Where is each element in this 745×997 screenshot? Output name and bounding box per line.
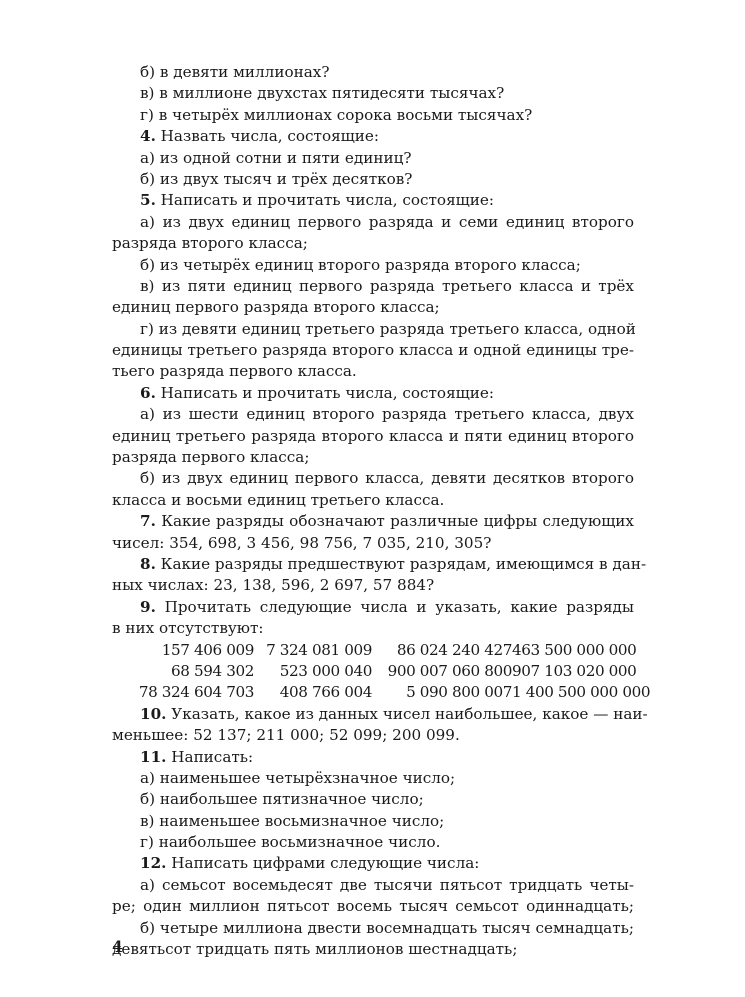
page-number: 4 — [112, 937, 123, 956]
number-cell: 5 090 800 007 — [372, 682, 512, 703]
exercise-number: 11. — [140, 748, 166, 766]
text-line: г) наибольшее восьмизначное число. — [112, 832, 634, 853]
exercise-heading: 9. Прочитать следующие числа и указать, … — [112, 597, 634, 618]
text-line: а) из шести единиц второго разряда треть… — [112, 404, 634, 425]
number-cell: 900 007 060 800 — [372, 661, 512, 682]
number-cell: 7 324 081 009 — [254, 640, 372, 661]
text-line: а) наименьшее четырёхзначное число; — [112, 768, 634, 789]
number-cell: 463 500 000 000 — [512, 640, 634, 661]
text-line: а) семьсот восемьдесят две тысячи пятьсо… — [112, 875, 634, 896]
text-line: а) из одной сотни и пяти единиц? — [112, 148, 634, 169]
text-line: разряда первого класса; — [112, 447, 634, 468]
text-line: а) из двух единиц первого разряда и семи… — [112, 212, 634, 233]
number-cell: 86 024 240 427 — [372, 640, 512, 661]
exercise-title: Какие разряды предшествуют разрядам, име… — [156, 555, 646, 573]
exercise-title: Прочитать следующие числа и указать, как… — [156, 598, 634, 616]
text-line: единицы третьего разряда второго класса … — [112, 340, 634, 361]
text-line: б) четыре миллиона двести восемнадцать т… — [112, 918, 634, 939]
exercise-5: 5. Написать и прочитать числа, состоящие… — [112, 190, 634, 383]
exercise-title: Указать, какое из данных чисел наибольше… — [166, 705, 647, 723]
exercise-heading: 7. Какие разряды обозначают различные ци… — [112, 511, 634, 532]
number-cell: 408 766 004 — [254, 682, 372, 703]
textbook-page: б) в девяти миллионах? в) в миллионе дву… — [0, 0, 745, 997]
text-line: единиц третьего разряда второго класса и… — [112, 426, 634, 447]
text-line: б) в девяти миллионах? — [112, 62, 634, 83]
text-line: б) из двух тысяч и трёх десятков? — [112, 169, 634, 190]
text-line: единиц первого разряда второго класса; — [112, 297, 634, 318]
exercise-number: 12. — [140, 854, 166, 872]
number-cell: 78 324 604 703 — [112, 682, 254, 703]
number-cell: 523 000 040 — [254, 661, 372, 682]
text-line: девятьсот тридцать пять миллионов шестна… — [112, 939, 634, 960]
exercise-title: Какие разряды обозначают различные цифры… — [156, 512, 634, 530]
text-line: б) из четырёх единиц второго разряда вто… — [112, 255, 634, 276]
exercise-title: Написать и прочитать числа, состоящие: — [156, 384, 494, 402]
exercise-number: 9. — [140, 598, 156, 616]
text-line: тьего разряда первого класса. — [112, 361, 634, 382]
exercise-title: Назвать числа, состоящие: — [156, 127, 379, 145]
exercise-heading: 10. Указать, какое из данных чисел наибо… — [112, 704, 634, 725]
exercise-number: 8. — [140, 555, 156, 573]
exercise-11: 11. Написать: а) наименьшее четырёхзначн… — [112, 747, 634, 854]
exercise-number: 6. — [140, 384, 156, 402]
text-line: ных числах: 23, 138, 596, 2 697, 57 884? — [112, 575, 634, 596]
exercise-number: 5. — [140, 191, 156, 209]
text-line: в) из пяти единиц первого разряда третье… — [112, 276, 634, 297]
number-cell: 1 400 500 000 000 — [512, 682, 634, 703]
exercise-12: 12. Написать цифрами следующие числа: а)… — [112, 853, 634, 960]
number-cell: 68 594 302 — [112, 661, 254, 682]
number-cell: 907 103 020 000 — [512, 661, 634, 682]
text-line: б) из двух единиц первого класса, девяти… — [112, 468, 634, 489]
text-line: г) из девяти единиц третьего разряда тре… — [112, 319, 634, 340]
numbers-table: 157 406 0097 324 081 00986 024 240 42746… — [112, 640, 634, 704]
exercise-heading: 4. Назвать числа, состоящие: — [112, 126, 634, 147]
page-text: б) в девяти миллионах? в) в миллионе дву… — [112, 62, 634, 960]
text-line: в) наименьшее восьмизначное число; — [112, 811, 634, 832]
exercise-title: Написать цифрами следующие числа: — [166, 854, 479, 872]
exercise-10: 10. Указать, какое из данных чисел наибо… — [112, 704, 634, 747]
exercise-heading: 11. Написать: — [112, 747, 634, 768]
ex3-continuation: б) в девяти миллионах? в) в миллионе дву… — [112, 62, 634, 126]
exercise-number: 10. — [140, 705, 166, 723]
exercise-body: а) семьсот восемьдесят две тысячи пятьсо… — [112, 875, 634, 961]
text-line: в них отсутствуют: — [112, 618, 634, 639]
text-line: в) в миллионе двухстах пятидесяти тысяча… — [112, 83, 634, 104]
exercise-heading: 6. Написать и прочитать числа, состоящие… — [112, 383, 634, 404]
exercise-heading: 8. Какие разряды предшествуют разрядам, … — [112, 554, 634, 575]
exercise-number: 4. — [140, 127, 156, 145]
exercise-9: 9. Прочитать следующие числа и указать, … — [112, 597, 634, 704]
exercise-heading: 12. Написать цифрами следующие числа: — [112, 853, 634, 874]
exercise-6: 6. Написать и прочитать числа, состоящие… — [112, 383, 634, 511]
text-line: б) наибольшее пятизначное число; — [112, 789, 634, 810]
exercise-4: 4. Назвать числа, состоящие: а) из одной… — [112, 126, 634, 190]
number-cell: 157 406 009 — [112, 640, 254, 661]
exercise-8: 8. Какие разряды предшествуют разрядам, … — [112, 554, 634, 597]
exercise-body: а) из двух единиц первого разряда и семи… — [112, 212, 634, 383]
text-line: меньшее: 52 137; 211 000; 52 099; 200 09… — [112, 725, 634, 746]
text-line: г) в четырёх миллионах сорока восьми тыс… — [112, 105, 634, 126]
text-line: чисел: 354, 698, 3 456, 98 756, 7 035, 2… — [112, 533, 634, 554]
text-line: разряда второго класса; — [112, 233, 634, 254]
exercise-number: 7. — [140, 512, 156, 530]
text-line: класса и восьми единиц третьего класса. — [112, 490, 634, 511]
exercise-title: Написать и прочитать числа, состоящие: — [156, 191, 494, 209]
text-line: ре; один миллион пятьсот восемь тысяч се… — [112, 896, 634, 917]
exercise-title: Написать: — [166, 748, 253, 766]
exercise-body: а) из шести единиц второго разряда треть… — [112, 404, 634, 511]
exercise-heading: 5. Написать и прочитать числа, состоящие… — [112, 190, 634, 211]
exercise-7: 7. Какие разряды обозначают различные ци… — [112, 511, 634, 554]
